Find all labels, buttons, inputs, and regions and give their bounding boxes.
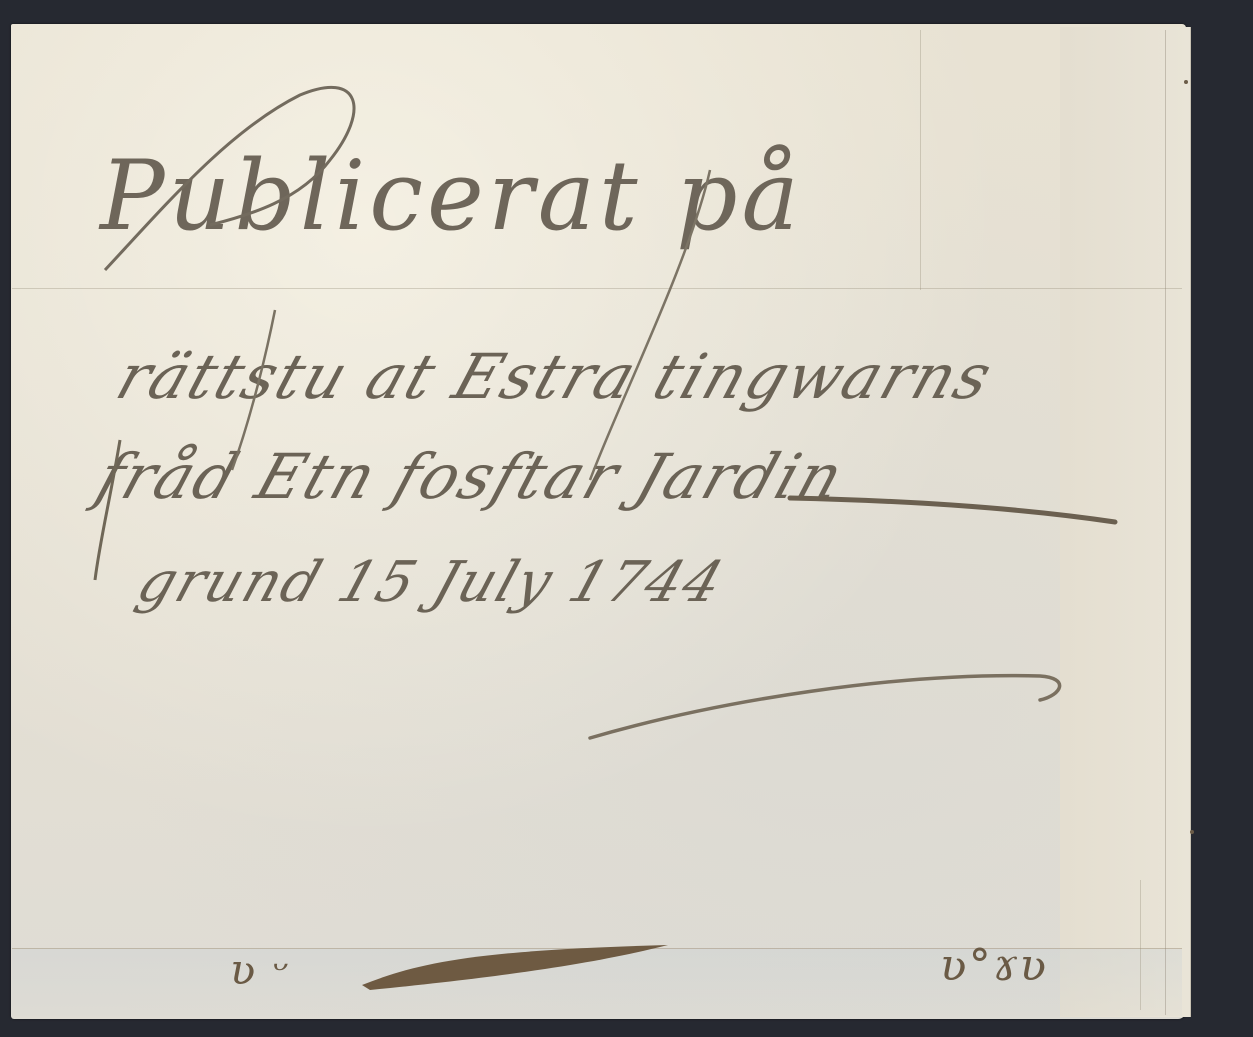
fold-line-horizontal-upper — [12, 288, 1182, 289]
bottom-right-ink-marks: ʋ°ɤʋ — [940, 940, 1048, 991]
handwritten-line-2: rättstu at Estra tingwarns — [108, 340, 1002, 413]
handwritten-line-3: fråd Etn fosftar Jardin — [88, 440, 854, 513]
ink-speck — [1184, 80, 1188, 84]
handwritten-line-4: grund 15 July 1744 — [129, 550, 732, 615]
fold-line-vertical-corner — [1140, 880, 1141, 1010]
fold-line-vertical-right — [1165, 30, 1166, 1015]
handwritten-line-1: Publicerat på — [100, 140, 803, 252]
fold-line-vertical-upper — [920, 30, 921, 290]
paper-fold-flap — [1060, 27, 1191, 1017]
bottom-left-ink-marks: ʋ ᵕ — [230, 945, 291, 994]
ink-speck — [1190, 830, 1194, 834]
